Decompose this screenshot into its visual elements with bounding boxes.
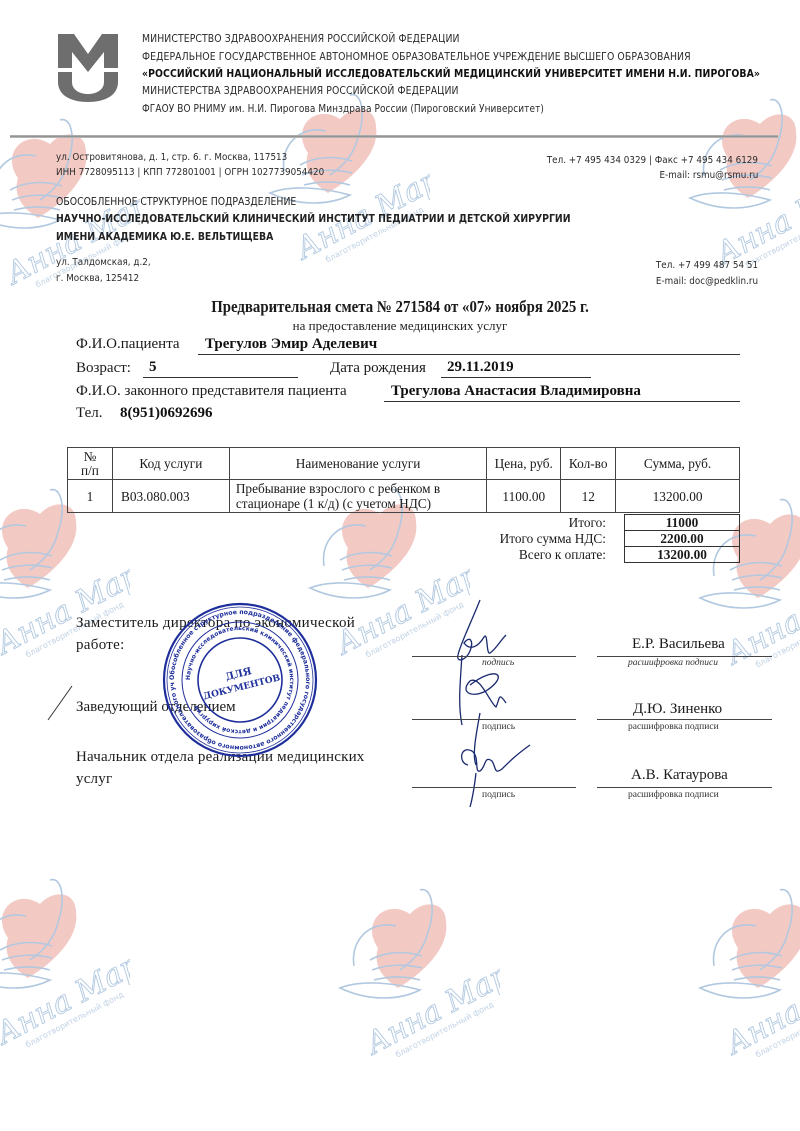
representative-value: Трегулова Анастасия Владимировна (391, 383, 641, 400)
signature-caption-1: подпись (482, 658, 514, 668)
phone-label: Тел. (76, 405, 102, 422)
header-ministry: МИНИСТЕРСТВО ЗДРАВООХРАНЕНИЯ РОССИЙСКОЙ … (142, 33, 460, 45)
cell-code: B03.080.003 (112, 480, 229, 513)
representative-underline (384, 401, 740, 402)
patient-name-label: Ф.И.О.пациента (76, 336, 180, 353)
col-header-qty: Кол-во (561, 448, 616, 480)
total-label: Всего к оплате: (519, 547, 606, 563)
svg-text:Анна Мария: Анна Мария (709, 149, 800, 270)
svg-text:Анна Мария: Анна Мария (719, 939, 800, 1060)
col-header-sum: Сумма, руб. (616, 448, 740, 480)
header-divider (10, 135, 778, 138)
handwritten-signatures (440, 595, 550, 810)
name-line-3 (597, 787, 772, 788)
watermark-logo: Анна Мария благотворительный фонд (660, 870, 800, 1060)
header-institution-type: ФЕДЕРАЛЬНОЕ ГОСУДАРСТВЕННОЕ АВТОНОМНОЕ О… (142, 51, 691, 63)
watermark-logo: Анна Мария благотворительный фонд (0, 860, 130, 1050)
name-caption-1: расшифровка подписи (628, 658, 718, 668)
division-name-2: ИМЕНИ АКАДЕМИКА Ю.Е. ВЕЛЬТИЩЕВА (56, 231, 273, 243)
signatory-2-name: Д.Ю. Зиненко (633, 701, 722, 718)
watermark-logo: Анна Мария благотворительный фонд (300, 870, 500, 1060)
svg-text:Анна Мария: Анна Мария (719, 549, 800, 670)
table-row: 1 B03.080.003 Пребывание взрослого с реб… (68, 480, 740, 513)
document-title: Предварительная смета № 271584 от «07» н… (40, 297, 760, 317)
svg-text:благотворительный фонд: благотворительный фонд (754, 1000, 800, 1060)
signatory-1-name: Е.Р. Васильева (632, 636, 725, 653)
subtotal-value: 11000 (625, 515, 739, 531)
representative-label: Ф.И.О. законного представителя пациента (76, 383, 347, 400)
name-line-1 (597, 656, 772, 657)
header-university-name: «РОССИЙСКИЙ НАЦИОНАЛЬНЫЙ ИССЛЕДОВАТЕЛЬСК… (142, 68, 760, 80)
university-email: E-mail: rsmu@rsmu.ru (659, 170, 758, 181)
col-header-name: Наименование услуги (229, 448, 487, 480)
dob-value: 29.11.2019 (447, 359, 514, 376)
cell-name: Пребывание взрослого с ребенком в стацио… (229, 480, 487, 513)
division-email: E-mail: doc@pedklin.ru (656, 276, 758, 287)
name-caption-2: расшифровка подписи (628, 722, 719, 732)
col-header-price: Цена, руб. (487, 448, 561, 480)
division-phone: Тел. +7 499 487 54 51 (656, 260, 758, 271)
dob-label: Дата рождения (330, 360, 426, 377)
official-stamp: Обособленное структурное подразделение ф… (160, 600, 320, 760)
division-address-1: ул. Талдомская, д.2, (56, 257, 151, 268)
cell-price: 1100.00 (487, 480, 561, 513)
subtotal-label: Итого: (569, 515, 606, 531)
col-header-num: № п/п (68, 448, 113, 480)
rniimu-logo-icon (56, 32, 120, 102)
svg-text:Анна Мария: Анна Мария (359, 939, 500, 1060)
svg-text:благотворительный фонд: благотворительный фонд (754, 610, 800, 670)
col-header-code: Код услуги (112, 448, 229, 480)
age-underline (143, 377, 298, 378)
signature-caption-2: подпись (482, 722, 515, 732)
cell-qty: 12 (561, 480, 616, 513)
signature-line-2 (412, 719, 576, 720)
university-phone-fax: Тел. +7 495 434 0329 | Факс +7 495 434 6… (547, 155, 758, 166)
university-requisites: ИНН 7728095113 | КПП 772801001 | ОГРН 10… (56, 167, 324, 178)
cell-num: 1 (68, 480, 113, 513)
vat-value: 2200.00 (625, 531, 739, 547)
header-ministry-2: МИНИСТЕРСТВА ЗДРАВООХРАНЕНИЯ РОССИЙСКОЙ … (142, 85, 459, 97)
patient-name-underline (198, 354, 740, 355)
vat-label: Итого сумма НДС: (500, 531, 606, 547)
division-name: НАУЧНО-ИССЛЕДОВАТЕЛЬСКИЙ КЛИНИЧЕСКИЙ ИНС… (56, 213, 571, 225)
signature-line-1 (412, 656, 576, 657)
table-header-row: № п/п Код услуги Наименование услуги Цен… (68, 448, 740, 480)
university-address: ул. Островитянова, д. 1, стр. 6. г. Моск… (56, 152, 287, 163)
phone-value: 8(951)0692696 (120, 405, 213, 422)
signatory-3-name: А.В. Катаурова (631, 767, 728, 784)
division-type: ОБОСОБЛЕННОЕ СТРУКТУРНОЕ ПОДРАЗДЕЛЕНИЕ (56, 196, 296, 208)
svg-text:благотворительный фонд: благотворительный фонд (24, 990, 126, 1050)
signature-caption-3: подпись (482, 790, 515, 800)
division-address-2: г. Москва, 125412 (56, 273, 139, 284)
svg-text:благотворительный фонд: благотворительный фонд (394, 1000, 496, 1060)
services-table: № п/п Код услуги Наименование услуги Цен… (67, 447, 740, 513)
name-caption-3: расшифровка подписи (628, 790, 719, 800)
pen-mark (46, 682, 76, 722)
dob-underline (441, 377, 591, 378)
totals-box: 11000 2200.00 13200.00 (624, 514, 740, 563)
header-short-name: ФГАОУ ВО РНИМУ им. Н.И. Пирогова Минздра… (142, 104, 544, 115)
patient-name-value: Трегулов Эмир Аделевич (205, 336, 377, 353)
svg-text:Анна Мария: Анна Мария (289, 144, 430, 265)
signature-line-3 (412, 787, 576, 788)
document-subtitle: на предоставление медицинских услуг (0, 318, 800, 334)
svg-text:Анна Мария: Анна Мария (0, 169, 140, 290)
age-label: Возраст: (76, 360, 131, 377)
cell-sum: 13200.00 (616, 480, 740, 513)
svg-text:Анна Мария: Анна Мария (0, 929, 130, 1050)
age-value: 5 (149, 359, 157, 376)
name-line-2 (597, 719, 772, 720)
total-value: 13200.00 (625, 547, 739, 562)
